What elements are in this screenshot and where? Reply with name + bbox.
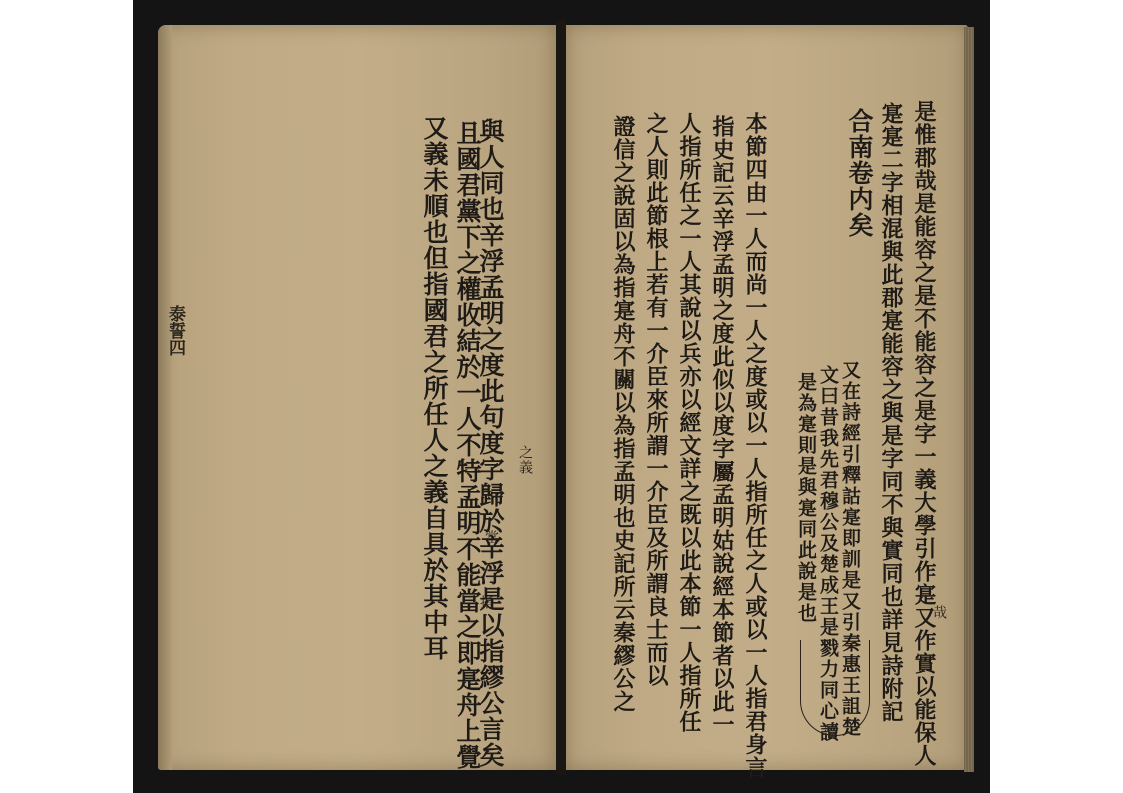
margin-label: 泰誓四 [163, 305, 188, 356]
book-gutter [556, 20, 566, 775]
right-col-6: 人指所任之一人其說以兵亦以經文詳之既以此本節一人指所任 [678, 112, 700, 733]
left-annotation-3: 指 [479, 595, 493, 610]
right-col-7: 之人則此節根上若有一介臣來所謂一介臣及所謂良士而以 [645, 112, 667, 687]
right-annotation-1: 哉 [932, 605, 946, 620]
left-annotation-1: 之義 [518, 445, 532, 475]
right-col-3: 合南卷内矣 [847, 108, 872, 238]
right-col-8: 證信之說固以為指寔舟不關以為指孟明也史記所云秦繆公之 [612, 115, 634, 713]
right-col-4: 本節四由一人而尚一人之度或以一人指所任之人或以一人指君身言 [744, 112, 766, 779]
side-note-3: 是為寔則是與寔同此說是也 [796, 372, 815, 624]
left-annotation-2: 當 [484, 530, 498, 545]
right-col-1: 是惟郡哉是能容之是不能容之是字一義大學引作寔又作實以能保人 [913, 100, 935, 767]
right-col-5: 指史記云辛浮孟明之度此似以度字屬孟明姑說經本節者以此一 [711, 115, 733, 736]
left-col-3: 又義未順也但指國君之所任人之義自具於其中耳 [422, 115, 447, 661]
annotation-bracket [800, 640, 870, 736]
right-col-2: 寔寔二字相混與此郡寔能容之與是字同不與實同也詳見詩附記 [880, 102, 902, 723]
left-col-2: 且國君黨下之權收結於一人不特孟明不能當之即寔舟上覺 [455, 120, 480, 770]
